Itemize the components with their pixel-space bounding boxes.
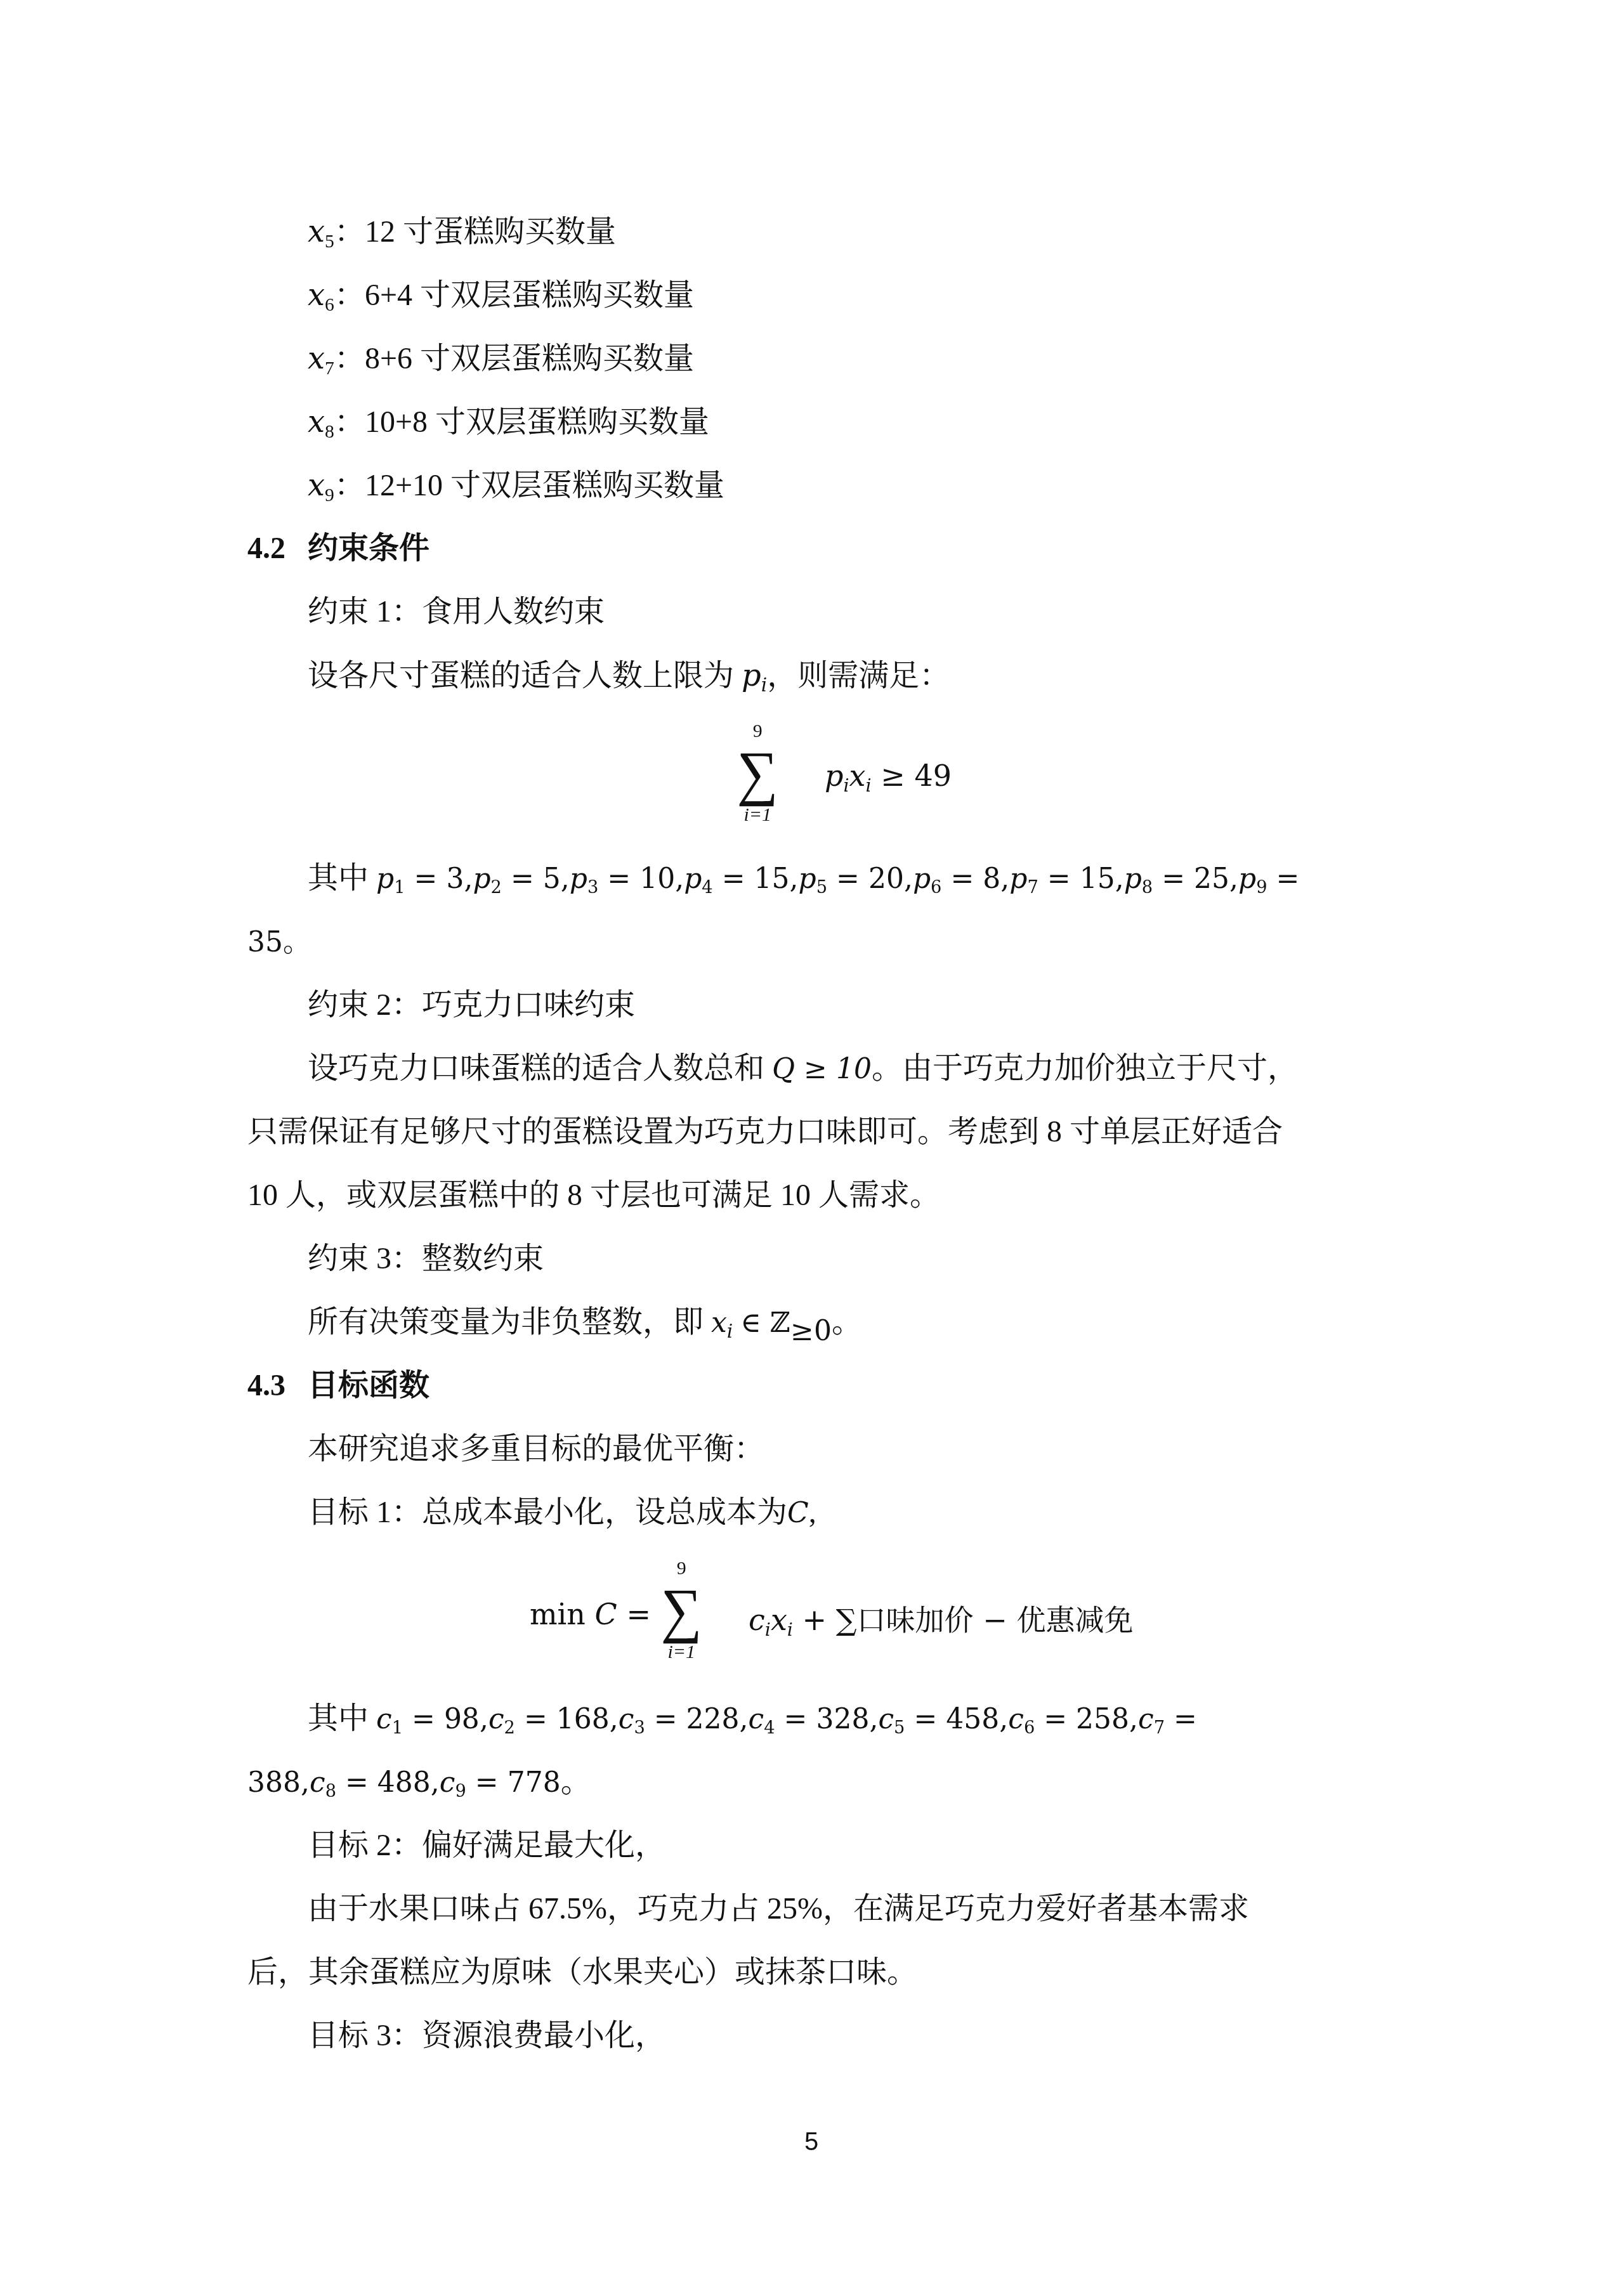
text: 。 [832, 1305, 862, 1339]
equation-body: pixi ≥ 49 [825, 759, 952, 793]
variable-def-x7: x7：8+6 寸双层蛋糕购买数量 [308, 339, 694, 378]
sum-lower-limit: i=1 [667, 1641, 695, 1664]
var-symbol: x [308, 341, 325, 376]
separator: ： [334, 405, 365, 439]
c-values-line-2: 388,c8 = 488,c9 = 778。 [247, 1763, 591, 1802]
text: 。 [561, 1765, 591, 1799]
text: 所有决策变量为非负整数，即 [308, 1305, 711, 1339]
constraint-3-label: 约束 3：整数约束 [308, 1240, 544, 1278]
var-symbol: x [308, 214, 325, 249]
variable-def-x8: x8：10+8 寸双层蛋糕购买数量 [308, 403, 709, 441]
section-title: 目标函数 [308, 1369, 429, 1402]
section-heading-4-2: 4.2约束条件 [247, 530, 429, 568]
var-description: 12+10 寸双层蛋糕购买数量 [365, 469, 724, 502]
section-number: 4.2 [247, 530, 308, 568]
summation: 9 ∑ i=1 [736, 720, 779, 826]
text: 目标 1：总成本最小化，设总成本为 [308, 1496, 787, 1529]
separator: ： [334, 278, 365, 312]
text: 35。 [247, 926, 311, 958]
math-inline: ∈ ℤ [740, 1307, 790, 1339]
text: 其中 [308, 1702, 376, 1735]
constraint-1-text: 设各尺寸蛋糕的适合人数上限为 pi，则需满足： [308, 656, 950, 695]
var-subscript: 9 [325, 485, 334, 506]
variable-def-x9: x9：12+10 寸双层蛋糕购买数量 [308, 466, 724, 505]
equation-lhs: min C = [530, 1597, 651, 1631]
var-symbol: p [742, 658, 761, 693]
objective-intro: 本研究追求多重目标的最优平衡： [308, 1430, 764, 1468]
document-page: x5：12 寸蛋糕购买数量 x6：6+4 寸双层蛋糕购买数量 x7：8+6 寸双… [0, 0, 1624, 2296]
objective-1-label: 目标 1：总成本最小化，设总成本为C, [308, 1494, 816, 1532]
p-values-line: 其中 p1 = 3,p2 = 5,p3 = 10,p4 = 15,p5 = 20… [308, 859, 1299, 898]
separator: ： [334, 215, 365, 249]
section-number: 4.3 [247, 1367, 308, 1405]
p-values-tail: 35。 [247, 923, 311, 962]
section-title: 约束条件 [308, 532, 429, 565]
inequality: ≥ 49 [881, 759, 952, 793]
constraint-3-text: 所有决策变量为非负整数，即 xi ∈ ℤ≥0。 [308, 1303, 862, 1342]
var-description: 10+8 寸双层蛋糕购买数量 [365, 405, 709, 439]
text: ，则需满足： [767, 659, 950, 693]
constraint-2-label: 约束 2：巧克力口味约束 [308, 986, 635, 1024]
variable-def-x6: x6：6+4 寸双层蛋糕购买数量 [308, 276, 694, 315]
var-description: 8+6 寸双层蛋糕购买数量 [365, 342, 694, 375]
var-subscript: 8 [325, 421, 334, 442]
section-heading-4-3: 4.3目标函数 [247, 1367, 429, 1405]
math-subscript: ≥0 [790, 1315, 832, 1347]
var-description: 12 寸蛋糕购买数量 [365, 215, 616, 249]
constraint-2-line-2: 只需保证有足够尺寸的蛋糕设置为巧克力口味即可。考虑到 8 寸单层正好适合 [247, 1113, 1283, 1151]
var-description: 6+4 寸双层蛋糕购买数量 [365, 278, 694, 312]
var-symbol: x [308, 467, 325, 503]
var-symbol: x [308, 277, 325, 313]
summation: 9 ∑ i=1 [660, 1557, 703, 1664]
separator: ： [334, 469, 365, 502]
constraint-2-line-1: 设巧克力口味蛋糕的适合人数总和 Q ≥ 10。由于巧克力加价独立于尺寸， [308, 1050, 1298, 1088]
sigma-symbol: ∑ [737, 743, 778, 804]
p-values: p1 = 3,p2 = 5,p3 = 10,p4 = 15,p5 = 20,p6… [376, 863, 1299, 895]
text: 其中 [308, 861, 376, 895]
sigma-symbol: ∑ [661, 1580, 702, 1641]
objective-2-line-1: 由于水果口味占 67.5%，巧克力占 25%，在满足巧克力爱好者基本需求 [308, 1890, 1249, 1928]
page-number: 5 [804, 2128, 818, 2156]
rhs-tail: + ∑口味加价 − 优惠减免 [793, 1603, 1133, 1637]
text: 。由于巧克力加价独立于尺寸， [872, 1052, 1298, 1085]
var-subscript: 7 [325, 358, 334, 379]
var-symbol: C [787, 1497, 809, 1529]
var-subscript: i [761, 674, 768, 696]
equation-rhs: cixi + ∑口味加价 − 优惠减免 [749, 1597, 1133, 1639]
constraint-2-line-3: 10 人，或双层蛋糕中的 8 寸层也可满足 10 人需求。 [247, 1177, 940, 1215]
objective-2-line-2: 后，其余蛋糕应为原味（水果夹心）或抹茶口味。 [247, 1954, 917, 1992]
objective-2-label: 目标 2：偏好满足最大化， [308, 1827, 665, 1865]
c-values: c1 = 98,c2 = 168,c3 = 228,c4 = 328,c5 = … [376, 1703, 1197, 1735]
constraint-1-label: 约束 1：食用人数约束 [308, 593, 605, 631]
math-inline: Q ≥ 10 [772, 1053, 872, 1085]
var-subscript: 5 [325, 231, 334, 252]
text: , [809, 1496, 816, 1529]
sum-lower-limit: i=1 [743, 804, 771, 826]
text: 设巧克力口味蛋糕的适合人数总和 [308, 1052, 772, 1085]
separator: ： [334, 342, 365, 375]
objective-3-label: 目标 3：资源浪费最小化， [308, 2017, 665, 2055]
c-values-line-1: 其中 c1 = 98,c2 = 168,c3 = 228,c4 = 328,c5… [308, 1700, 1197, 1738]
variable-def-x5: x5：12 寸蛋糕购买数量 [308, 212, 616, 251]
text: 设各尺寸蛋糕的适合人数上限为 [308, 659, 742, 693]
c-values: 388,c8 = 488,c9 = 778 [247, 1766, 561, 1799]
var-subscript: 6 [325, 294, 334, 315]
var-symbol: x [308, 404, 325, 440]
